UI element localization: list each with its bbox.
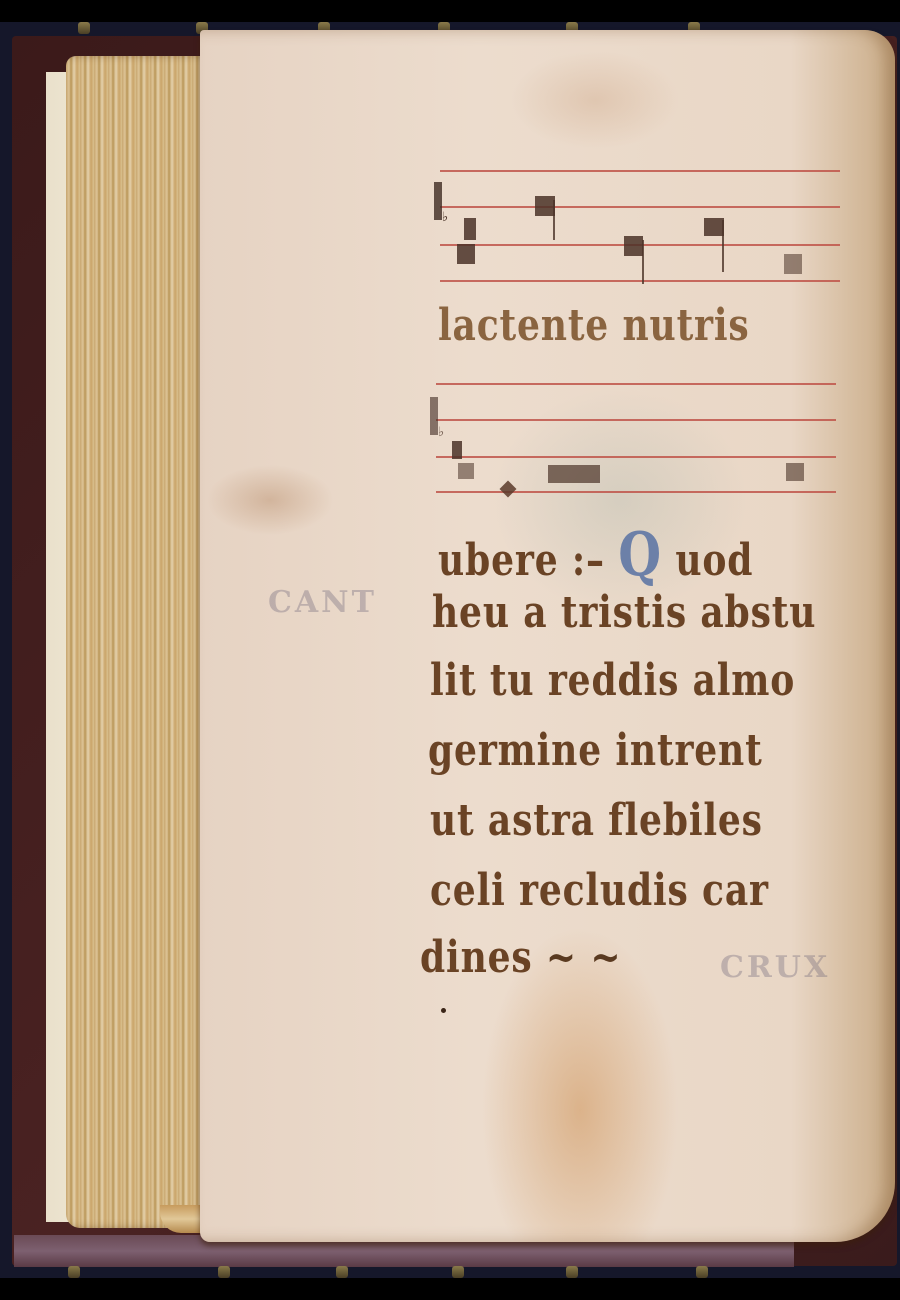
chant-note	[786, 463, 804, 481]
lyric-text: uod	[675, 535, 753, 586]
chant-note	[784, 254, 802, 274]
staff-line	[436, 419, 836, 421]
lyric-line-2: ubere :– Q uod	[438, 520, 753, 590]
staff-line	[440, 280, 840, 282]
blue-initial-letter: Q	[618, 520, 662, 590]
support-pin	[696, 1266, 708, 1278]
text-line: celi recludis car	[430, 865, 769, 916]
note-stem	[722, 220, 724, 272]
chant-note	[457, 244, 475, 264]
support-pin	[68, 1266, 80, 1278]
chant-note	[704, 218, 724, 236]
staff-line	[436, 456, 836, 458]
text-line-final: dines	[420, 932, 533, 983]
bottom-black-band	[0, 1278, 900, 1300]
text-line: heu a tristis abstu	[432, 587, 816, 638]
support-pin	[566, 1266, 578, 1278]
text-line: dines ~ ~	[420, 932, 621, 983]
flat-sign-icon: ♭	[442, 210, 448, 225]
bottom-support-pins	[0, 1266, 900, 1278]
clef-icon	[430, 397, 438, 435]
clef-icon	[434, 182, 442, 220]
lyric-text: ubere :–	[438, 535, 605, 586]
chant-note	[624, 236, 643, 256]
text-line: ut astra flebiles	[430, 795, 763, 846]
text-line: lit tu reddis almo	[430, 655, 795, 706]
chant-note	[464, 218, 476, 240]
lyric-line-1: lactente nutris	[438, 300, 750, 351]
text-line: germine intrent	[428, 725, 763, 776]
staff-line	[440, 170, 840, 172]
end-flourish-icon: ~ ~	[546, 932, 621, 983]
flat-sign-icon: ♭	[438, 425, 444, 440]
top-black-band	[0, 0, 900, 22]
support-pin	[218, 1266, 230, 1278]
note-stem	[553, 200, 555, 240]
chant-note	[535, 196, 555, 216]
ink-dot	[441, 1008, 446, 1013]
bleed-through-text: CRUX	[720, 950, 830, 985]
support-pin	[336, 1266, 348, 1278]
chant-note	[452, 441, 462, 459]
chant-note	[458, 463, 474, 479]
chant-ligature	[548, 465, 600, 483]
note-stem	[642, 240, 644, 284]
staff-line	[440, 206, 840, 208]
bleed-through-text: CANT	[268, 585, 377, 620]
staff-line	[436, 491, 836, 493]
support-pin	[78, 22, 90, 34]
support-pin	[452, 1266, 464, 1278]
staff-line	[436, 383, 836, 385]
